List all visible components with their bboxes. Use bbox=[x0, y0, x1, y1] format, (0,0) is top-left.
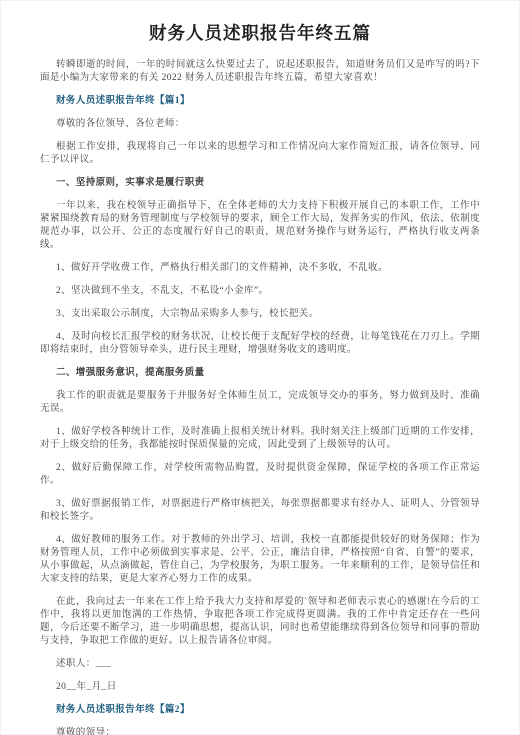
report1-salutation: 尊敬的各位领导、各位老师： bbox=[40, 118, 480, 131]
section2-lead: 我工作的职责就是要服务于并服务好全体师生员工，完成领导交办的事务，努力做到及时、… bbox=[40, 390, 480, 416]
closing-paragraph: 在此，我向过去一年来在工作上给予我大力支持和厚爱的`领导和老师表示衷心的感谢!在… bbox=[40, 596, 480, 648]
report1-opening: 根据工作安排，我现将自己一年以来的思想学习和工作情况向大家作简短汇报，请各位领导… bbox=[40, 141, 480, 167]
section2-heading: 二、增强服务意识，提高服务质量 bbox=[40, 367, 480, 380]
section2-item-4: 4、做好教师的服务工作。对于教师的外出学习、培训，我校一直都能提供较好的财务保障… bbox=[40, 534, 480, 586]
section1-lead: 一年以来，我在校领导正确指导下，在全体老师的大力支持下积极开展自己的本职工作，工… bbox=[40, 200, 480, 252]
section1-item-3: 3、支出采取公示制度，大宗物品采购多人参与，校长把关。 bbox=[40, 308, 480, 321]
section1-item-1: 1、做好开学收费工作，严格执行相关部门的文件精神，决不多收，不乱收。 bbox=[40, 262, 480, 275]
signer-line: 述职人：___ bbox=[40, 658, 480, 671]
intro-paragraph: 转瞬即逝的时间，一年的时间就这么快要过去了，说起述职报告，知道财务员们又是咋写的… bbox=[40, 59, 480, 85]
section2-item-3: 3、做好票据报销工作，对票据进行严格审核把关，每张票据都要求有经办人、证明人、分… bbox=[40, 498, 480, 524]
report1-heading: 财务人员述职报告年终【篇1】 bbox=[40, 95, 480, 108]
section2-item-2: 2、做好后勤保障工作，对学校所需物品购置，及时提供资金保障，保证学校的各项工作正… bbox=[40, 462, 480, 488]
date-line: 20__年_月_日 bbox=[40, 681, 480, 694]
section1-heading: 一、坚持原则，实事求是履行职责 bbox=[40, 177, 480, 190]
section1-item-2: 2、坚决做到不坐支，不乱支，不私设“小金库”。 bbox=[40, 285, 480, 298]
document-title: 财务人员述职报告年终五篇 bbox=[40, 22, 480, 44]
report2-heading: 财务人员述职报告年终【篇2】 bbox=[40, 704, 480, 717]
section2-item-1: 1、做好学校各种统计工作，及时准确上报相关统计材料。我时刻关注上级部门近期的工作… bbox=[40, 426, 480, 452]
document-page: 财务人员述职报告年终五篇 转瞬即逝的时间，一年的时间就这么快要过去了，说起述职报… bbox=[0, 0, 520, 735]
section1-item-4: 4、及时向校长汇报学校的财务状况，让校长便于支配好学校的经费，让每笔钱花在刀刃上… bbox=[40, 331, 480, 357]
report2-salutation: 尊敬的领导： bbox=[40, 727, 480, 735]
